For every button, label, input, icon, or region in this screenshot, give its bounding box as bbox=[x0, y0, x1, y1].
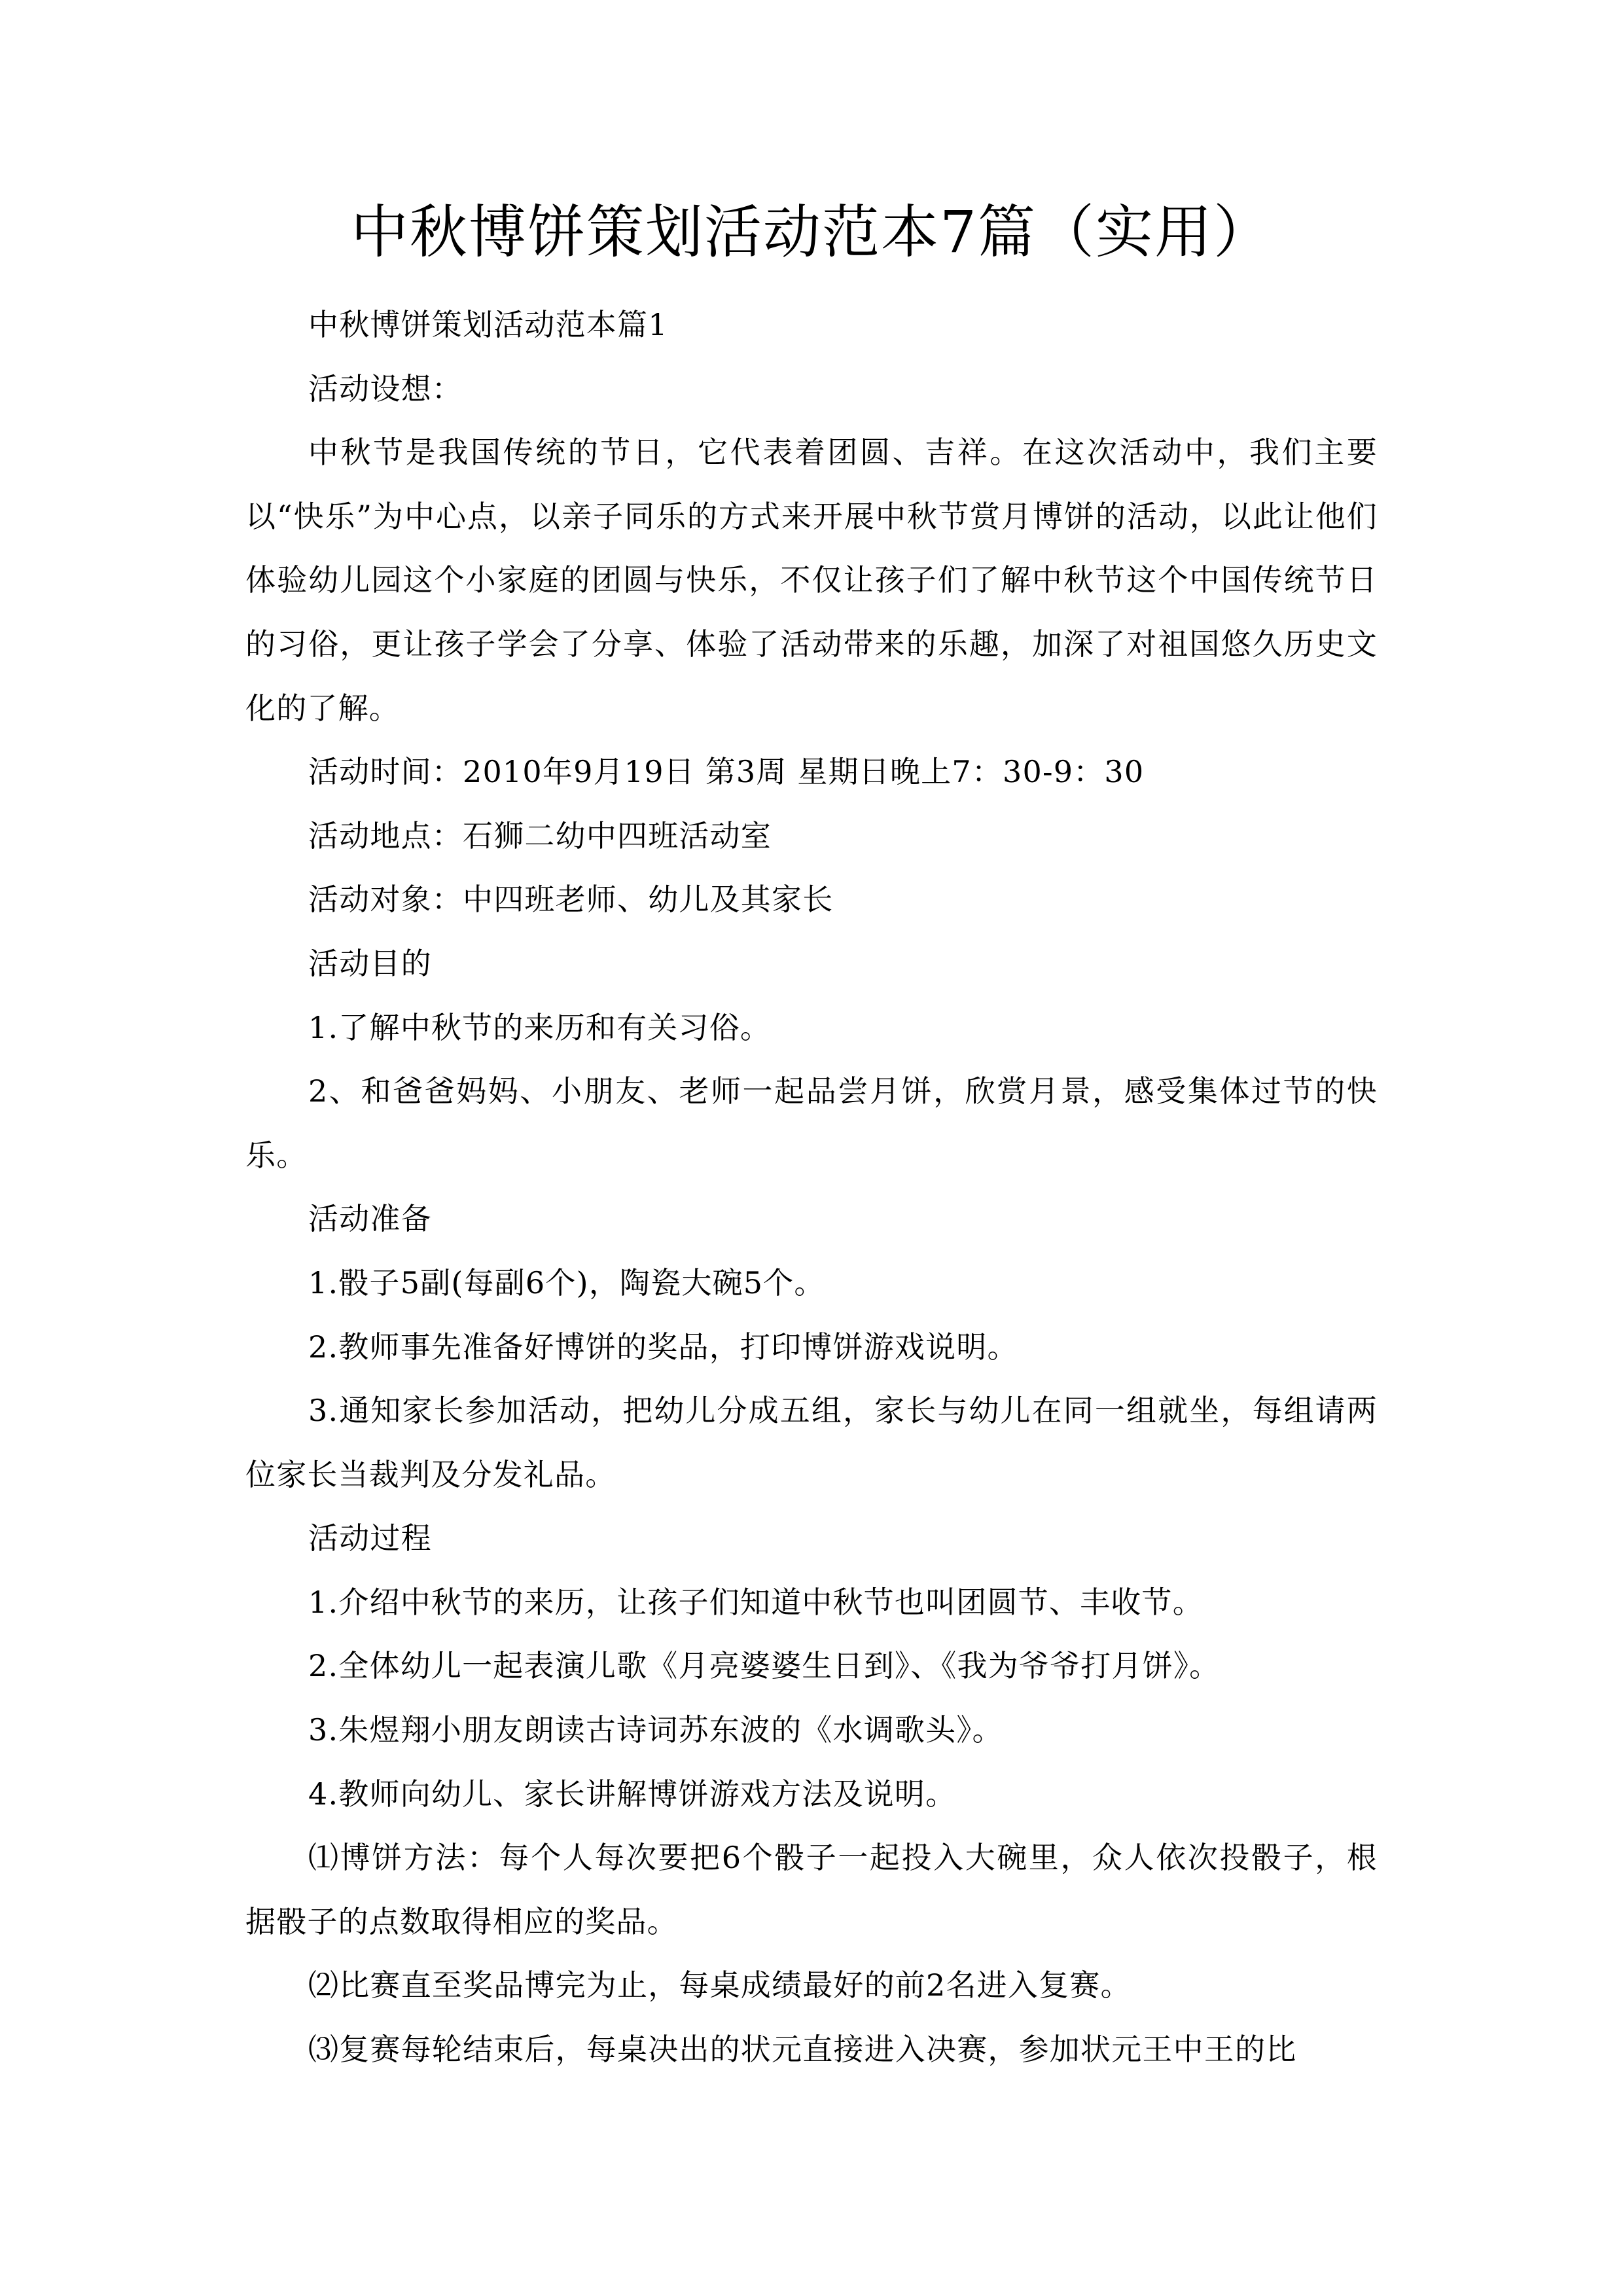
paragraph-goal-2: 2、和爸爸妈妈、小朋友、老师一起品尝月饼，欣赏月景，感受集体过节的快乐。 bbox=[245, 1060, 1378, 1187]
paragraph-process-2: 2.全体幼儿一起表演儿歌《月亮婆婆生日到》、《我为爷爷打月饼》。 bbox=[245, 1634, 1378, 1698]
paragraph-prep-3: 3.通知家长参加活动，把幼儿分成五组，家长与幼儿在同一组就坐，每组请两位家长当裁… bbox=[245, 1379, 1378, 1507]
paragraph-label-process: 活动过程 bbox=[245, 1507, 1378, 1571]
paragraph-prep-2: 2.教师事先准备好博饼的奖品，打印博饼游戏说明。 bbox=[245, 1316, 1378, 1380]
paragraph-label-goals: 活动目的 bbox=[245, 932, 1378, 996]
paragraph-process-3: 3.朱煜翔小朋友朗读古诗词苏东波的《水调歌头》。 bbox=[245, 1698, 1378, 1763]
paragraph-rule-1: ⑴博饼方法：每个人每次要把6个骰子一起投入大碗里，众人依次投骰子，根据骰子的点数… bbox=[245, 1826, 1378, 1954]
paragraph-goal-1: 1.了解中秋节的来历和有关习俗。 bbox=[245, 996, 1378, 1060]
document-title: 中秋博饼策划活动范本7篇（实用） bbox=[245, 196, 1378, 268]
paragraph-label-preparation: 活动准备 bbox=[245, 1187, 1378, 1251]
document-body: 中秋博饼策划活动范本篇1 活动设想： 中秋节是我国传统的节日，它代表着团圆、吉祥… bbox=[245, 293, 1378, 2082]
paragraph-idea: 中秋节是我国传统的节日，它代表着团圆、吉祥。在这次活动中，我们主要以“快乐”为中… bbox=[245, 421, 1378, 740]
paragraph-audience: 活动对象：中四班老师、幼儿及其家长 bbox=[245, 868, 1378, 932]
paragraph-rule-2: ⑵比赛直至奖品博完为止，每桌成绩最好的前2名进入复赛。 bbox=[245, 1954, 1378, 2018]
paragraph-process-1: 1.介绍中秋节的来历，让孩子们知道中秋节也叫团圆节、丰收节。 bbox=[245, 1571, 1378, 1635]
paragraph-rule-3: ⑶复赛每轮结束后，每桌决出的状元直接进入决赛，参加状元王中王的比 bbox=[245, 2018, 1378, 2082]
paragraph-process-4: 4.教师向幼儿、家长讲解博饼游戏方法及说明。 bbox=[245, 1763, 1378, 1827]
section-heading: 中秋博饼策划活动范本篇1 bbox=[245, 293, 1378, 357]
paragraph-time: 活动时间：2010年9月19日 第3周 星期日晚上7：30-9：30 bbox=[245, 740, 1378, 804]
paragraph-label-idea: 活动设想： bbox=[245, 357, 1378, 422]
paragraph-prep-1: 1.骰子5副(每副6个)，陶瓷大碗5个。 bbox=[245, 1251, 1378, 1316]
paragraph-location: 活动地点：石狮二幼中四班活动室 bbox=[245, 804, 1378, 869]
